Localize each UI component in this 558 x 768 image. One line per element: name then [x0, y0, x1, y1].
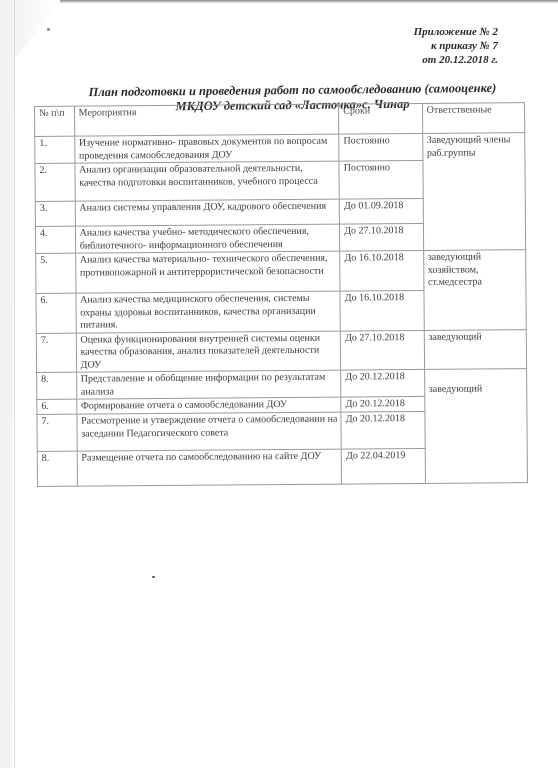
row-activity: Рассмотрение и утверждение отчета о само… [77, 412, 342, 451]
appendix-line-1: Приложение № 2 [414, 25, 498, 39]
row-num: 5. [36, 253, 76, 293]
row-activity: Анализ качества материально- техническог… [75, 251, 340, 293]
header-responsible: Ответственные [422, 103, 525, 134]
row-term: Постоянно [339, 133, 423, 161]
scan-top-shadow [60, 0, 558, 3]
plan-table: № п\п Мероприятия Сроки Ответственные 1.… [34, 102, 528, 487]
appendix-line-2: к приказу № 7 [414, 39, 498, 53]
row-activity: Представление и обобщение информации по … [76, 370, 341, 399]
table-row: 8. Представление и обобщение информации … [37, 369, 527, 400]
row-responsible: заведующий [424, 369, 527, 484]
scan-speck [152, 576, 155, 578]
scan-edge-line [14, 0, 15, 768]
row-term: До 27.10.2018 [340, 330, 424, 370]
row-responsible: Заведующий члены раб.группы [422, 133, 525, 251]
row-term: До 22.04.2019 [341, 448, 425, 484]
row-term: До 20.12.2018 [341, 396, 424, 412]
row-term: До 20.12.2018 [341, 369, 425, 397]
row-activity: Анализ качества учебно- методического об… [75, 224, 340, 253]
row-activity: Изучение нормативно- правовых документов… [74, 134, 339, 163]
row-activity: Анализ качества медицинского обеспечения… [76, 291, 341, 333]
header-num: № п\п [35, 106, 75, 136]
table-header-row: № п\п Мероприятия Сроки Ответственные [35, 103, 525, 137]
table-row: 1. Изучение нормативно- правовых докумен… [35, 133, 525, 164]
row-num: 3. [35, 201, 75, 226]
appendix-note: Приложение № 2 к приказу № 7 от 20.12.20… [414, 25, 498, 67]
scan-speck [47, 28, 50, 31]
row-term: До 16.10.2018 [340, 290, 424, 330]
row-activity: Анализ организации образовательной деяте… [75, 161, 340, 201]
row-num: 8. [37, 451, 77, 486]
row-activity: Анализ системы управления ДОУ, кадрового… [75, 199, 340, 226]
table-row: 5. Анализ качества материально- техничес… [36, 250, 526, 294]
row-term: До 01.09.2018 [339, 198, 423, 224]
row-term: До 27.10.2018 [340, 223, 424, 251]
row-num: 6. [37, 399, 77, 414]
row-num: 7. [37, 414, 77, 451]
row-term: До 16.10.2018 [340, 250, 424, 291]
row-term: До 20.12.2018 [341, 411, 425, 449]
appendix-line-3: от 20.12.2018 г. [414, 53, 498, 67]
table-row: 7. Оценка функционирования внутренней си… [36, 329, 526, 372]
row-activity: Оценка функционирования внутренней систе… [76, 331, 341, 373]
row-responsible: заведующий хозяйством, ст.медсестра [423, 250, 526, 330]
row-num: 7. [36, 333, 76, 373]
row-num: 6. [36, 293, 76, 333]
header-activity: Мероприятия [74, 104, 339, 136]
header-term: Сроки [339, 103, 423, 134]
row-num: 1. [35, 136, 75, 163]
row-activity: Размещение отчета по самообследованию на… [77, 449, 342, 486]
row-num: 8. [37, 372, 77, 399]
row-num: 2. [35, 163, 75, 201]
row-term: Постоянно [339, 160, 423, 199]
row-num: 4. [35, 226, 75, 253]
row-responsible: заведующий [424, 329, 527, 369]
